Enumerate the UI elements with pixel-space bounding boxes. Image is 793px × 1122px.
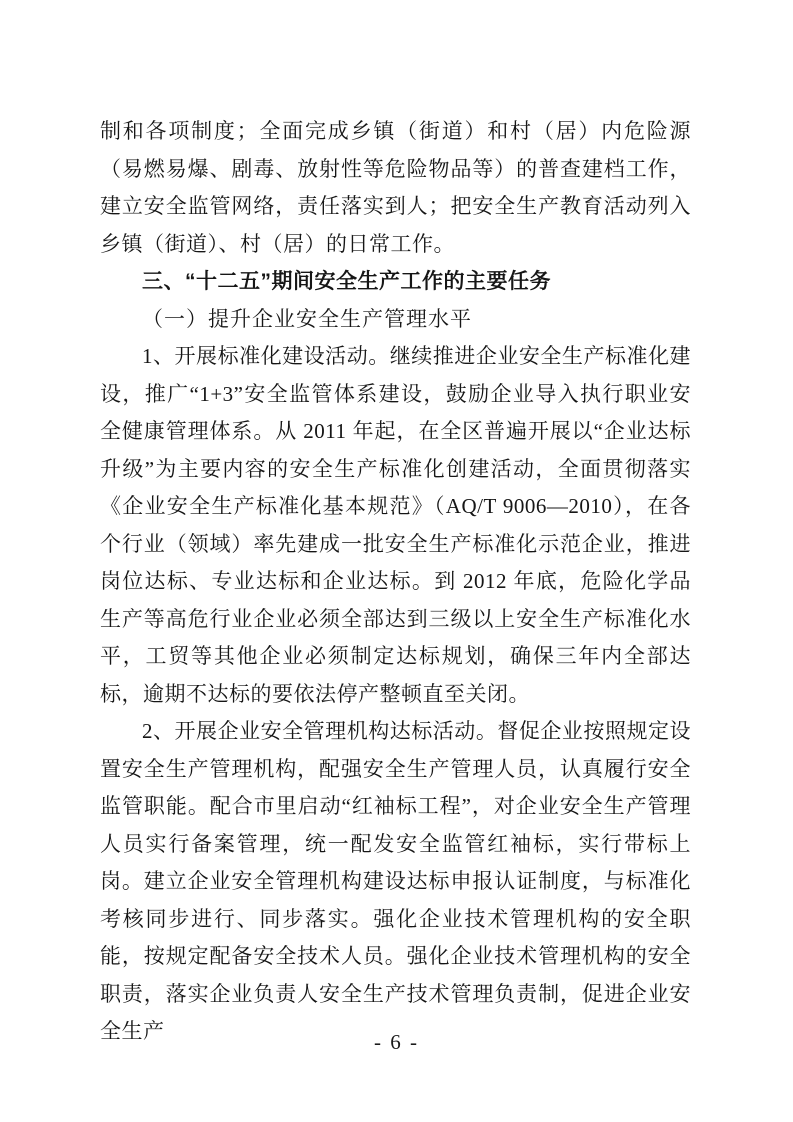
- document-page: 制和各项制度；全面完成乡镇（街道）和村（居）内危险源（易燃易爆、剧毒、放射性等危…: [0, 0, 793, 1122]
- paragraph-item-2: 2、开展企业安全管理机构达标活动。督促企业按照规定设置安全生产管理机构，配强安全…: [100, 713, 691, 1051]
- subsection-heading: （一）提升企业安全生产管理水平: [100, 301, 691, 339]
- paragraph-item-1: 1、开展标准化建设活动。继续推进企业安全生产标准化建设，推广“1+3”安全监管体…: [100, 338, 691, 713]
- page-number: - 6 -: [0, 1030, 793, 1055]
- document-body: 制和各项制度；全面完成乡镇（街道）和村（居）内危险源（易燃易爆、剧毒、放射性等危…: [100, 113, 691, 1051]
- paragraph-continuation: 制和各项制度；全面完成乡镇（街道）和村（居）内危险源（易燃易爆、剧毒、放射性等危…: [100, 113, 691, 263]
- section-heading: 三、“十二五”期间安全生产工作的主要任务: [100, 263, 691, 301]
